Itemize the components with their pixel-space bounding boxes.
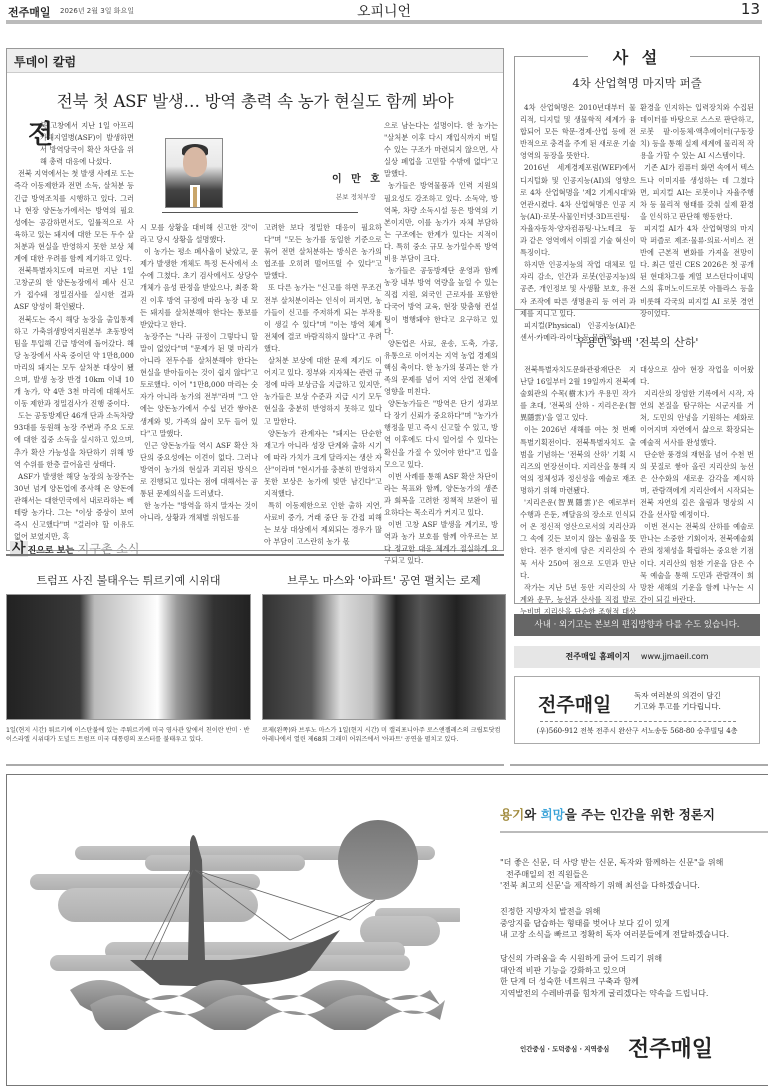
issue-date: 2026년 2월 3일 화요일 bbox=[60, 6, 134, 16]
column-headline: 전북 첫 ASF 발생… 방역 총력 속 농가 현실도 함께 봐야 bbox=[6, 88, 504, 112]
section-divider-left bbox=[6, 764, 504, 766]
pledge-block-1: "더 좋은 신문, 더 사랑 받는 신문, 독자와 함께하는 신문"을 위해 전… bbox=[500, 857, 723, 892]
pledge-block-3: 당신의 가려움을 속 시원하게 긁어 드리기 위해 대안적 비판 기능을 강화하… bbox=[500, 953, 708, 999]
paragraph: 특히 이동제한으로 인한 출하 지연, 사료비 증가, 거래 중단 등 간접 피… bbox=[264, 500, 382, 548]
pledge-line: 전주매일의 전 직원들은 bbox=[500, 869, 723, 881]
sun-icon bbox=[338, 820, 418, 900]
paragraph: 북 고창에서 지난 1일 아프리카돼지열병(ASF)이 발생하면서 방역당국이 … bbox=[14, 120, 134, 168]
news-photo-grammy bbox=[262, 594, 506, 720]
paragraph: 피지컬 AI가 4차 산업혁명의 마지막 퍼즐로 제조·물류·의료·서비스 전반… bbox=[640, 223, 754, 320]
paragraph: ASF가 발생한 해당 농장의 농장주는 30년 넘게 양돈업에 종사해 온 양… bbox=[14, 471, 134, 544]
paragraph: 이번 사례를 통해 ASF 확산 차단이라는 목표와 함께, 양돈농가의 생존과… bbox=[384, 471, 498, 519]
column-body-col3: 고려한 보다 정밀한 대응이 필요하다"며 "모든 농가를 동일한 기준으로 묶… bbox=[264, 222, 382, 549]
paragraph: 전북특별자치도에 따르면 지난 1일 고창군의 한 양돈농장에서 폐사 신고가 … bbox=[14, 265, 134, 313]
masthead-logo: 전주매일 bbox=[8, 4, 51, 20]
photo-face bbox=[183, 147, 207, 177]
slogan-text-1: 와 bbox=[524, 807, 540, 822]
ad-slogan: 용기와 희망을 주는 인간을 위한 정론지 bbox=[500, 805, 715, 823]
author-divider bbox=[162, 212, 358, 213]
editorial-col1: 4차 산업혁명은 2010년대부터 물리적, 디지털 및 생물학적 세계가 융합… bbox=[520, 102, 636, 344]
section-divider-right bbox=[510, 764, 768, 766]
contribution-line-1: 독자 여러분의 의견이 담긴 bbox=[634, 690, 721, 701]
paragraph: 인근 양돈농가들 역시 ASF 확산 차단의 중요성에는 이견이 없다. 그러나… bbox=[140, 440, 258, 500]
author-name: 이 만 호 bbox=[332, 170, 383, 185]
pledge-block-2: 진정한 지방자치 발전을 위해 중앙지를 답습하는 형태를 벗어나 보다 깊이 … bbox=[500, 906, 729, 941]
photo-tie bbox=[193, 187, 197, 207]
pledge-line: '전북 최고의 신문'을 제작하기 위해 최선을 다하겠습니다. bbox=[500, 880, 723, 892]
photo-caption-2: 로제(왼쪽)와 브루노 마스가 1일(현지 시간) 미 캘리포니아주 로스앤젤레… bbox=[262, 726, 506, 744]
pledge-line: "더 좋은 신문, 더 사랑 받는 신문, 독자와 함께하는 신문"을 위해 bbox=[500, 857, 723, 869]
waves bbox=[70, 980, 445, 1030]
editorial-col2: 환경을 인지하는 입력장치와 수집된 데이터를 바탕으로 스스로 판단하고, 로… bbox=[640, 102, 754, 320]
editorial-title: 4차 산업혁명 마지막 퍼즐 bbox=[514, 75, 760, 91]
paragraph: 2016년 세계경제포럼(WEF)에서 디지털화 및 인공지능(AI)의 영향으… bbox=[520, 162, 636, 259]
paragraph: 양돈업은 사료, 운송, 도축, 가공, 유통으로 이어지는 지역 농업 경제의… bbox=[384, 338, 498, 398]
pledge-line: 당신의 가려움을 속 시원하게 긁어 드리기 위해 bbox=[500, 953, 708, 965]
pledge-line: 진정한 지방자치 발전을 위해 bbox=[500, 906, 729, 918]
paragraph: 시 모를 상황을 대비해 신고한 것"이라고 당시 상황을 설명했다. bbox=[140, 222, 258, 246]
column-label: 투데이 칼럼 bbox=[14, 53, 76, 70]
paragraph: 단순한 풍경의 재현을 넘어 수천 번의 붓질로 쌓아 올린 지리산의 능선은 … bbox=[640, 449, 754, 522]
contribution-line-2: 기고와 투고를 기다립니다. bbox=[634, 701, 721, 712]
paragraph: 으로 남는다는 설명이다. 한 농가는 "살처분 이후 다시 재입식까지 버틸 … bbox=[384, 120, 498, 180]
column-body-col1: 북 고창에서 지난 1일 아프리카돼지열병(ASF)이 발생하면서 방역당국이 … bbox=[14, 120, 134, 543]
column-body-col2: 시 모를 상황을 대비해 신고한 것"이라고 당시 상황을 설명했다. 이 농가… bbox=[140, 222, 258, 524]
page-number: 13 bbox=[741, 0, 760, 18]
slogan-courage: 용기 bbox=[500, 807, 524, 822]
paragraph: 이는 2026년 새해를 여는 첫 번째 특별기획전이다. 전북특별자치도 출범… bbox=[520, 424, 636, 497]
pledge-line: 한 단계 더 성숙한 네트워크 구축과 함께 bbox=[500, 976, 708, 988]
disclaimer-bar: 사내 · 외기고는 본보의 편집방향과 다를 수도 있습니다. bbox=[514, 614, 760, 636]
homepage-bar: 전주매일 홈페이지 www.jjmaeil.com bbox=[514, 646, 760, 668]
slogan-hope: 희망 bbox=[541, 807, 565, 822]
paragraph: 농가들은 방역물품과 인력 지원의 필요성도 강조하고 있다. 소독약, 방역복… bbox=[384, 180, 498, 265]
contribution-text: 독자 여러분의 의견이 담긴 기고와 투고를 기다립니다. bbox=[634, 690, 721, 712]
paragraph: 전북 지역에서는 첫 발생 사례로 도는 즉각 이동제한과 전면 소독, 살처분… bbox=[14, 168, 134, 265]
slogan-text-2: 을 주는 인간을 위한 정론지 bbox=[565, 807, 715, 822]
pen-ship-illustration bbox=[30, 800, 460, 1030]
contribution-divider bbox=[540, 721, 736, 722]
slogan-divider bbox=[500, 831, 768, 833]
column-label-bar bbox=[7, 49, 503, 73]
paragraph: 4차 산업혁명은 2010년대부터 물리적, 디지털 및 생물학적 세계가 융합… bbox=[520, 102, 636, 162]
editorial2-title: 우용민 화백 '전북의 산하' bbox=[514, 334, 760, 350]
paragraph: 이 농가는 평소 폐사율이 낮았고, 문제가 발생한 개체도 특정 돈사에서 소… bbox=[140, 246, 258, 331]
editorial2-col1: 전북특별자치도문화관광재단은 지난달 16일부터 2월 19일까지 전북예술회관… bbox=[520, 364, 636, 630]
paragraph: 한 농가는 "방역을 하지 말자는 것이 아니라, 상황과 개체별 위험도를 bbox=[140, 500, 258, 524]
homepage-link[interactable]: www.jjmaeil.com bbox=[641, 652, 709, 661]
editorial2-col2: 대상으로 삼아 현장 작업을 이어왔다. 지리산의 장엄한 기록에서 시작, 자… bbox=[640, 364, 754, 606]
pledge-line: 지역발전의 수레바퀴를 힘차게 굴리겠다는 약속을 드립니다. bbox=[500, 988, 708, 1000]
paragraph: 살처분 보상에 대한 문제 제기도 이어지고 있다. 정부와 지자체는 관련 규… bbox=[264, 355, 382, 428]
paragraph: 농장주는 "나라 규정이 그렇다니 할 말이 없었다"며 "문제가 된 몇 마리… bbox=[140, 331, 258, 440]
author-photo bbox=[165, 138, 223, 208]
photo-title-1: 트럼프 사진 불태우는 튀르키예 시위대 bbox=[6, 572, 251, 588]
paragraph: 이번 고창 ASF 발생을 계기로, 방역과 농가 보호를 함께 아우르는 보다… bbox=[384, 519, 498, 567]
paragraph: 양돈농가 관계자는 "돼지는 단순한 재고가 아니라 성장 단계와 출하 시기에… bbox=[264, 428, 382, 501]
ad-motto: 인간중심 · 도덕중심 · 지역중심 bbox=[520, 1044, 609, 1053]
pledge-line: 중앙지를 답습하는 형태를 벗어나 보다 깊이 있게 bbox=[500, 918, 729, 930]
paragraph: 농가들은 공동방제단 운영과 함께 농장 내부 방역 역량을 높일 수 있는 직… bbox=[384, 265, 498, 338]
editorial-heading: 사 설 bbox=[514, 45, 760, 68]
world-news-divider bbox=[6, 554, 504, 556]
paragraph: 양돈농가들은 "방역은 단기 성과보다 장기 신뢰가 중요하다"며 "농가가 행… bbox=[384, 398, 498, 471]
contribution-logo: 전주매일 bbox=[538, 690, 611, 717]
paragraph: 환경을 인지하는 입력장치와 수집된 데이터를 바탕으로 스스로 판단하고, 로… bbox=[640, 102, 754, 162]
pledge-line: 대안적 비판 기능을 강화하고 있으며 bbox=[500, 965, 708, 977]
author-role: 본보 정치부장 bbox=[336, 192, 376, 201]
contribution-address: (우)560-912 전북 전주시 완산구 서노송동 568-80 승주빌딩 4… bbox=[514, 726, 760, 736]
photo-title-2: 브루노 마스와 '아파트' 공연 펼치는 로제 bbox=[262, 572, 506, 588]
paragraph: 도는 공동방제단 46개 단과 소독차량 93대를 동원해 농장 주변과 주요 … bbox=[14, 410, 134, 470]
paragraph: 고려한 보다 정밀한 대응이 필요하다"며 "모든 농가를 동일한 기준으로 묶… bbox=[264, 222, 382, 282]
news-photo-protest bbox=[6, 594, 251, 720]
paragraph: '지리은운(智異隱雲)'은 예로부터 수행과 은둔, 깨달음의 장소로 인식되어… bbox=[520, 497, 636, 582]
paragraph: 대상으로 삼아 현장 작업을 이어왔다. bbox=[640, 364, 754, 388]
column-body-col4: 으로 남는다는 설명이다. 한 농가는 "살처분 이후 다시 재입식까지 버틸 … bbox=[384, 120, 498, 567]
ad-logo: 전주매일 bbox=[628, 1032, 713, 1063]
paragraph: 이번 전시는 전북의 산하를 예술로 만나는 소중한 기회이자, 전북예술회관의… bbox=[640, 521, 754, 606]
photo-caption-1: 1일(현지 시간) 튀르키예 이스탄불에 있는 주튀르키예 미국 영사관 앞에서… bbox=[6, 726, 251, 744]
paragraph: 전북특별자치도문화관광재단은 지난달 16일부터 2월 19일까지 전북예술회관… bbox=[520, 364, 636, 424]
header-divider bbox=[6, 20, 762, 24]
paragraph: 기존 AI가 컴퓨터 화면 속에서 텍스트나 이미지를 생성하는 데 그쳤다면,… bbox=[640, 162, 754, 222]
pledge-line: 내 고장 소식을 빠르고 정확히 독자 여러분들에게 전달하겠습니다. bbox=[500, 929, 729, 941]
paragraph: 전북도는 즉시 해당 농장을 출입통제하고 가축위생방역지원본부 초동방역팀을 … bbox=[14, 314, 134, 411]
paragraph: 또 다른 농가는 "신고를 하면 무조건 전부 살처분이라는 인식이 퍼지면, … bbox=[264, 282, 382, 355]
paragraph: 지리산의 장엄한 기록에서 시작, 자연의 본질을 탐구하는 시군지를 거쳐, … bbox=[640, 388, 754, 448]
homepage-label: 전주매일 홈페이지 bbox=[566, 652, 631, 661]
